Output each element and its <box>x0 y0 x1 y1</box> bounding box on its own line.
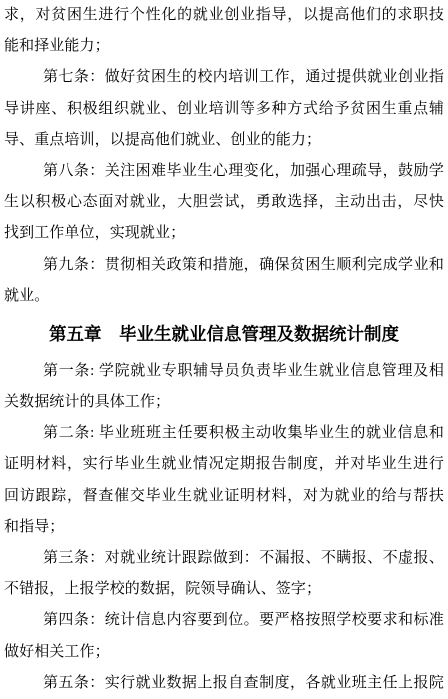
text-line: 导、重点培训，以提高他们就业、创业的能力； <box>4 125 444 156</box>
document-page: 求，对贫困生进行个性化的就业创业指导，以提高他们的求职技 能和择业能力； 第七条… <box>0 0 448 699</box>
text-line: 证明材料，实行毕业生就业情况定期报告制度，并对毕业生进行 <box>4 449 444 480</box>
text-line: 求，对贫困生进行个性化的就业创业指导，以提高他们的求职技 <box>4 0 444 31</box>
text-line: 第二条: 毕业班班主任要积极主动收集毕业生的就业信息和 <box>4 418 444 449</box>
text-line: 第五条：实行就业数据上报自查制度，各就业班主任上报院 <box>4 668 444 699</box>
text-line: 和指导； <box>4 512 444 543</box>
text-line: 做好相关工作； <box>4 637 444 668</box>
chapter-heading: 第五章 毕业生就业信息管理及数据统计制度 <box>4 312 444 356</box>
text-line: 就业。 <box>4 281 444 312</box>
text-line: 找到工作单位，实现就业； <box>4 218 444 249</box>
text-line: 不错报，上报学校的数据，院领导确认、签字； <box>4 574 444 605</box>
text-line: 第四条：统计信息内容要到位。要严格按照学校要求和标准 <box>4 605 444 636</box>
text-line: 第八条：关注困难毕业生心理变化，加强心理疏导，鼓励学 <box>4 156 444 187</box>
text-line: 生以积极心态面对就业，大胆尝试，勇敢选择，主动出击，尽快 <box>4 187 444 218</box>
text-line: 能和择业能力； <box>4 31 444 62</box>
text-line: 第一条: 学院就业专职辅导员负责毕业生就业信息管理及相 <box>4 356 444 387</box>
text-line: 第七条：做好贫困生的校内培训工作，通过提供就业创业指 <box>4 62 444 93</box>
text-line: 关数据统计的具体工作； <box>4 387 444 418</box>
text-line: 导讲座、积极组织就业、创业培训等多种方式给予贫困生重点辅 <box>4 94 444 125</box>
text-line: 第九条：贯彻相关政策和措施，确保贫困生顺利完成学业和 <box>4 250 444 281</box>
text-line: 回访跟踪，督查催交毕业生就业证明材料，对为就业的给与帮扶 <box>4 481 444 512</box>
text-line: 第三条：对就业统计跟踪做到：不漏报、不瞒报、不虚报、 <box>4 543 444 574</box>
